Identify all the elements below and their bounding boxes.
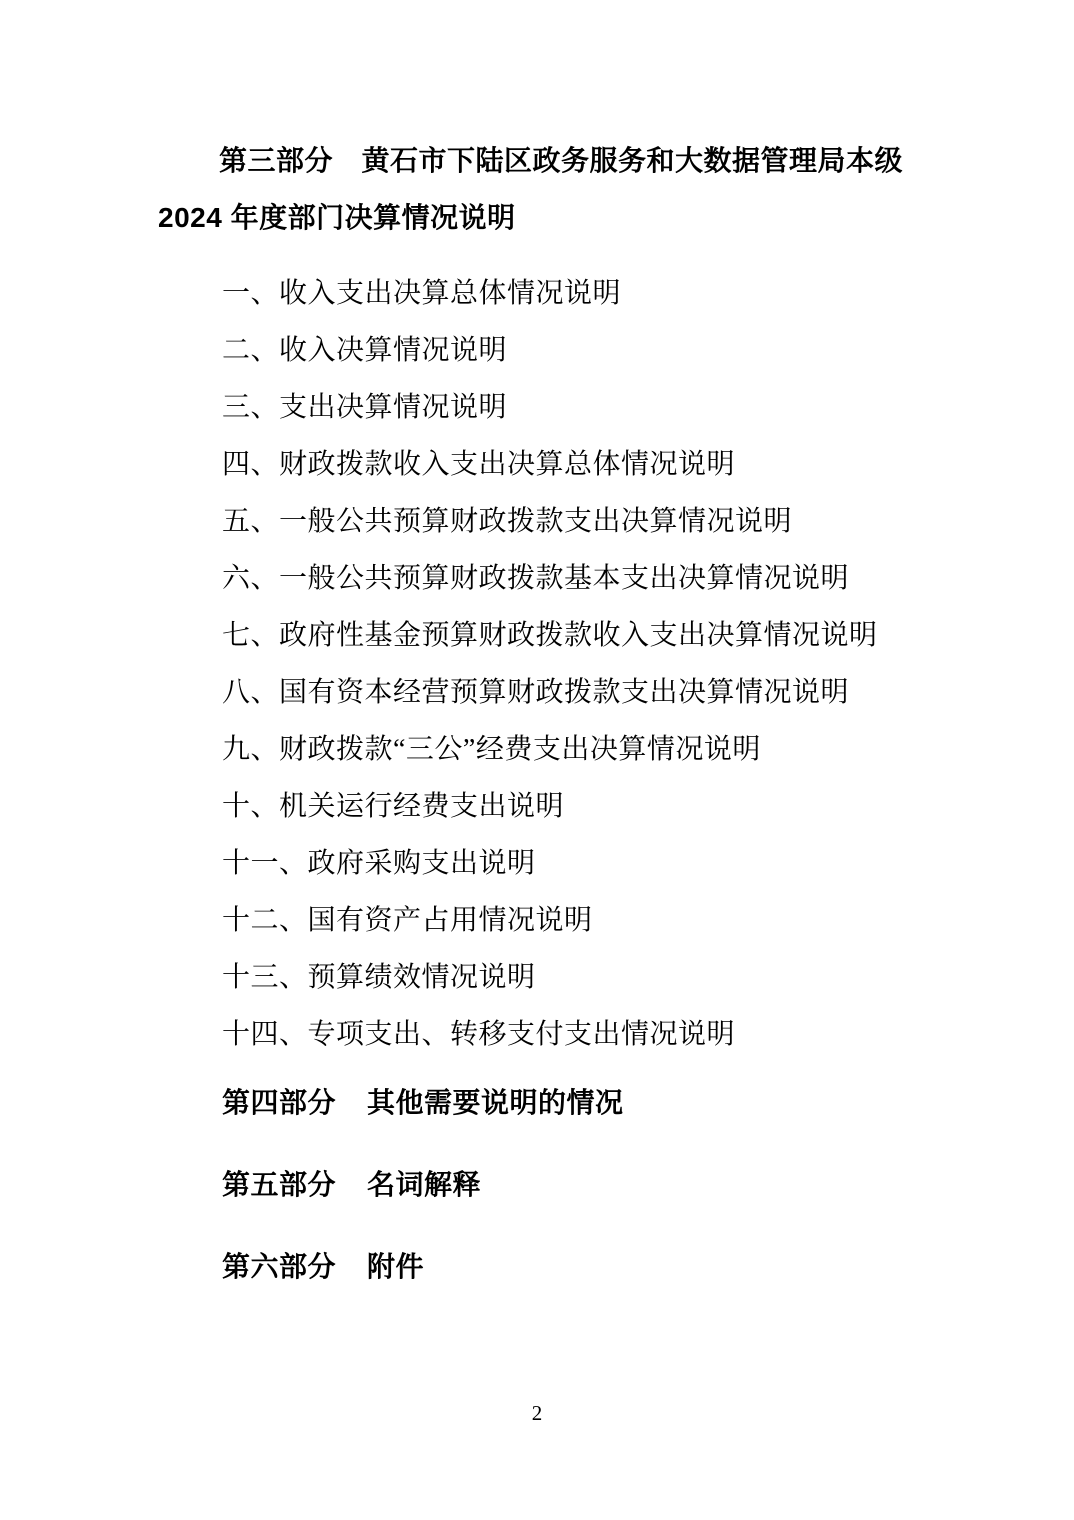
document-page: 第三部分 黄石市下陆区政务服务和大数据管理局本级 2024 年度部门决算情况说明…: [0, 0, 1074, 1520]
part-heading-4-title: 其他需要说明的情况: [367, 1087, 624, 1118]
section-title-line2: 2024 年度部门决算情况说明: [158, 189, 924, 246]
toc-item-7: 七、政府性基金预算财政拨款收入支出决算情况说明: [222, 607, 924, 664]
toc-item-3: 三、支出决算情况说明: [222, 379, 924, 436]
section-title: 第三部分 黄石市下陆区政务服务和大数据管理局本级 2024 年度部门决算情况说明: [158, 132, 924, 246]
part-heading-5-title: 名词解释: [367, 1169, 481, 1200]
page-footer: 2: [0, 1400, 1074, 1426]
part-heading-5: 第五部分名词解释: [158, 1156, 924, 1213]
section-title-line1: 第三部分 黄石市下陆区政务服务和大数据管理局本级: [158, 132, 924, 189]
part-heading-5-label: 第五部分: [222, 1169, 336, 1200]
toc-item-4: 四、财政拨款收入支出决算总体情况说明: [222, 436, 924, 493]
toc-item-9: 九、财政拨款“三公”经费支出决算情况说明: [222, 721, 924, 778]
toc-item-11: 十一、政府采购支出说明: [222, 835, 924, 892]
part-heading-4: 第四部分其他需要说明的情况: [158, 1074, 924, 1131]
toc-item-5: 五、一般公共预算财政拨款支出决算情况说明: [222, 493, 924, 550]
page-number: 2: [532, 1401, 543, 1425]
toc-item-1: 一、收入支出决算总体情况说明: [222, 265, 924, 322]
part-heading-6-title: 附件: [367, 1251, 424, 1282]
toc-item-8: 八、国有资本经营预算财政拨款支出决算情况说明: [222, 664, 924, 721]
toc-item-13: 十三、预算绩效情况说明: [222, 949, 924, 1006]
part-heading-4-label: 第四部分: [222, 1087, 336, 1118]
part-heading-6: 第六部分附件: [158, 1238, 924, 1295]
toc-item-12: 十二、国有资产占用情况说明: [222, 892, 924, 949]
part-heading-6-label: 第六部分: [222, 1251, 336, 1282]
toc-item-6: 六、一般公共预算财政拨款基本支出决算情况说明: [222, 550, 924, 607]
toc-item-2: 二、收入决算情况说明: [222, 322, 924, 379]
toc-list: 一、收入支出决算总体情况说明 二、收入决算情况说明 三、支出决算情况说明 四、财…: [158, 265, 924, 1063]
toc-item-10: 十、机关运行经费支出说明: [222, 778, 924, 835]
toc-item-14: 十四、专项支出、转移支付支出情况说明: [222, 1006, 924, 1063]
